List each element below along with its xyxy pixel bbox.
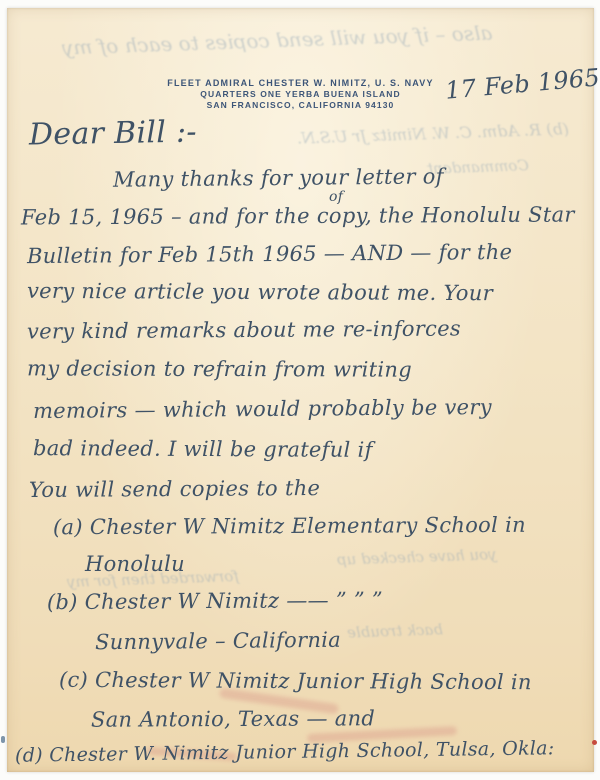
handwritten-line: Sunnyvale – California [95,628,341,655]
scan-background: { "document": { "letterhead": { "line1":… [0,0,600,780]
ghost-bleed-text: back trouble [347,620,444,641]
handwritten-line: You will send copies to the [29,476,320,502]
handwritten-list-item-d: (d) Chester W. Nimitz Junior High School… [15,737,555,767]
handwritten-line: San Antonio, Texas — and [91,706,375,731]
letterhead-line-3: SAN FRANCISCO, CALIFORNIA 94130 [7,100,594,111]
handwritten-line: bad indeed. I will be grateful if [33,436,373,462]
handwritten-line: my decision to refrain from writing [27,356,412,381]
ghost-bleed-text: you have checked up [337,545,497,569]
scan-artifact-dot [592,740,597,745]
handwritten-line: very nice article you wrote about me. Yo… [27,279,493,305]
handwritten-line: memoirs — which would probably be very [33,395,492,423]
handwritten-line: very kind remarks about me re-inforces [27,316,461,343]
salutation-line: Dear Bill :- [29,115,197,153]
handwritten-list-item-a: (a) Chester W Nimitz Elementary School i… [53,513,526,539]
scan-artifact-dot [1,736,5,743]
handwritten-line: Many thanks for your letter of [113,164,444,191]
ghost-bleed-text: (b) R. Adm. C. W. Nimitz Jr U.S.N. [297,119,569,147]
handwritten-list-item-b: (b) Chester W Nimitz —— ” ” ” [47,588,383,614]
letter-paper: also – if you will send copies to each o… [7,8,594,772]
inserted-word: of [329,189,343,205]
handwritten-list-item-c: (c) Chester W Nimitz Junior High School … [59,668,532,694]
handwritten-line: Honolulu [85,552,185,576]
handwritten-line: Feb 15, 1965 – and for the copy, the Hon… [21,203,575,230]
handwritten-line: Bulletin for Feb 15th 1965 — AND — for t… [27,240,512,268]
ghost-bleed-text: also – if you will send copies to each o… [62,20,493,59]
